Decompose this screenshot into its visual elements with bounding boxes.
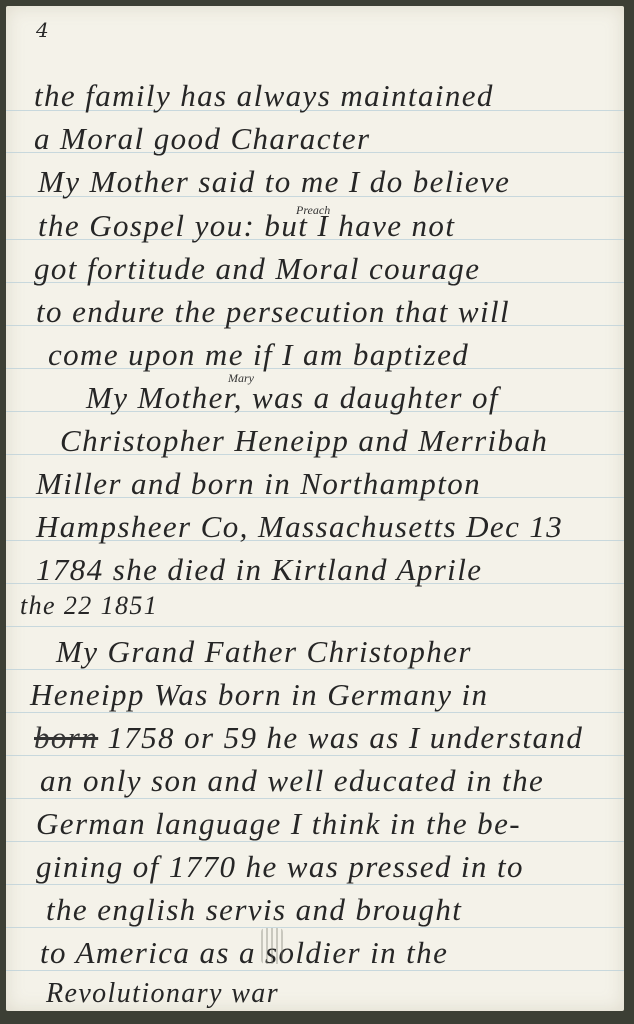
handwritten-line: My Mother said to me I do believe — [38, 164, 510, 200]
handwritten-line: a Moral good Character — [34, 121, 371, 157]
handwritten-line: the english servis and brought — [46, 892, 462, 928]
ruled-line — [6, 626, 624, 627]
handwritten-line: an only son and well educated in the — [40, 763, 544, 799]
handwritten-line: Revolutionary war — [46, 978, 279, 1010]
scanned-document: 4 the family has always maintained a Mor… — [0, 0, 634, 1024]
handwritten-line: got fortitude and Moral courage — [34, 251, 480, 287]
handwritten-line: Christopher Heneipp and Merribah — [60, 423, 548, 459]
handwritten-line: the family has always maintained — [34, 78, 494, 114]
handwritten-line: Miller and born in Northampton — [36, 466, 481, 502]
struck-word: born — [34, 720, 98, 755]
handwritten-line: to America as a soldier in the — [40, 935, 448, 971]
handwritten-line: the Gospel you: but I have not — [38, 208, 455, 244]
handwritten-line: the 22 1851 — [20, 591, 158, 621]
handwritten-line: My Mother, was a daughter of — [86, 380, 499, 416]
handwritten-line: My Grand Father Christopher — [56, 634, 472, 670]
handwritten-line: come upon me if I am baptized — [48, 337, 469, 373]
pencil-smudge — [261, 928, 283, 964]
manuscript-page: 4 the family has always maintained a Mor… — [6, 6, 624, 1011]
line-text: 1758 or 59 he was as I understand — [98, 720, 583, 755]
handwritten-line: 1784 she died in Kirtland Aprile — [36, 552, 482, 588]
handwritten-line: German language I think in the be- — [36, 806, 521, 842]
handwritten-line: gining of 1770 he was pressed in to — [36, 849, 524, 885]
handwritten-line: to endure the persecution that will — [36, 294, 510, 330]
page-number: 4 — [36, 18, 49, 42]
handwritten-line: born 1758 or 59 he was as I understand — [34, 720, 583, 756]
handwritten-line: Hampsheer Co, Massachusetts Dec 13 — [36, 509, 563, 545]
handwritten-line: Heneipp Was born in Germany in — [30, 677, 488, 713]
